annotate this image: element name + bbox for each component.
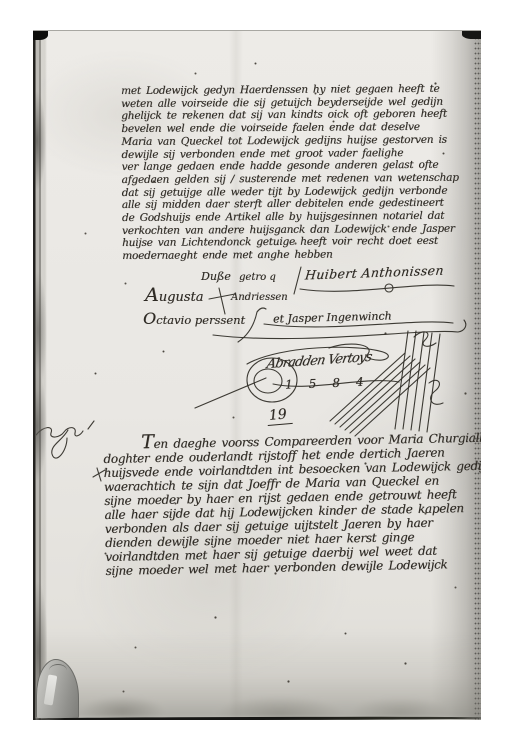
witness-signature: Huibert Anthonissen bbox=[304, 263, 444, 283]
manuscript-line: huijse van Lichtendonck getuige heeft vo… bbox=[122, 235, 462, 250]
underline-loop bbox=[385, 284, 393, 292]
stroke-bar bbox=[294, 267, 301, 294]
attestation-word: getro q bbox=[239, 272, 276, 283]
notary-signature: Abradden Vertoys bbox=[265, 350, 372, 373]
scan-corner-mark-right bbox=[462, 31, 481, 39]
page-number: 19 bbox=[266, 406, 292, 426]
scan-bottom-edge bbox=[35, 716, 481, 720]
manuscript-line: moedernaeght ende met anghe hebben bbox=[122, 248, 462, 263]
manuscript-page: met Lodewijck gedyn Haerdenssen hy niet … bbox=[33, 30, 481, 720]
witness-signature: Augusta bbox=[145, 284, 203, 306]
signature-loop bbox=[254, 369, 282, 393]
bottom-shadow bbox=[33, 633, 481, 718]
paragraph-1: met Lodewijck gedyn Haerdenssen hy niet … bbox=[121, 83, 462, 263]
binding-gutter-shadow bbox=[33, 31, 47, 720]
attestation-word: Duße bbox=[201, 270, 231, 283]
paragraph-2: Ten daeghe voorss Compareerden voor Mari… bbox=[103, 428, 481, 578]
page-edge-speckles bbox=[474, 31, 481, 720]
manuscript-line: Maria van Queckel tot Lodewijck gedijns … bbox=[121, 133, 461, 148]
paraph-squiggle bbox=[88, 421, 94, 429]
witness-signature: Andriessen bbox=[231, 292, 288, 303]
finger-nail bbox=[49, 664, 67, 677]
witness-signature: et Jasper Ingenwinch bbox=[273, 309, 392, 325]
witness-signature: Octavio perssent bbox=[143, 309, 245, 328]
finger-highlight bbox=[44, 674, 58, 705]
signature-year: 1584 bbox=[285, 374, 380, 391]
paraph-squiggle bbox=[52, 430, 68, 458]
